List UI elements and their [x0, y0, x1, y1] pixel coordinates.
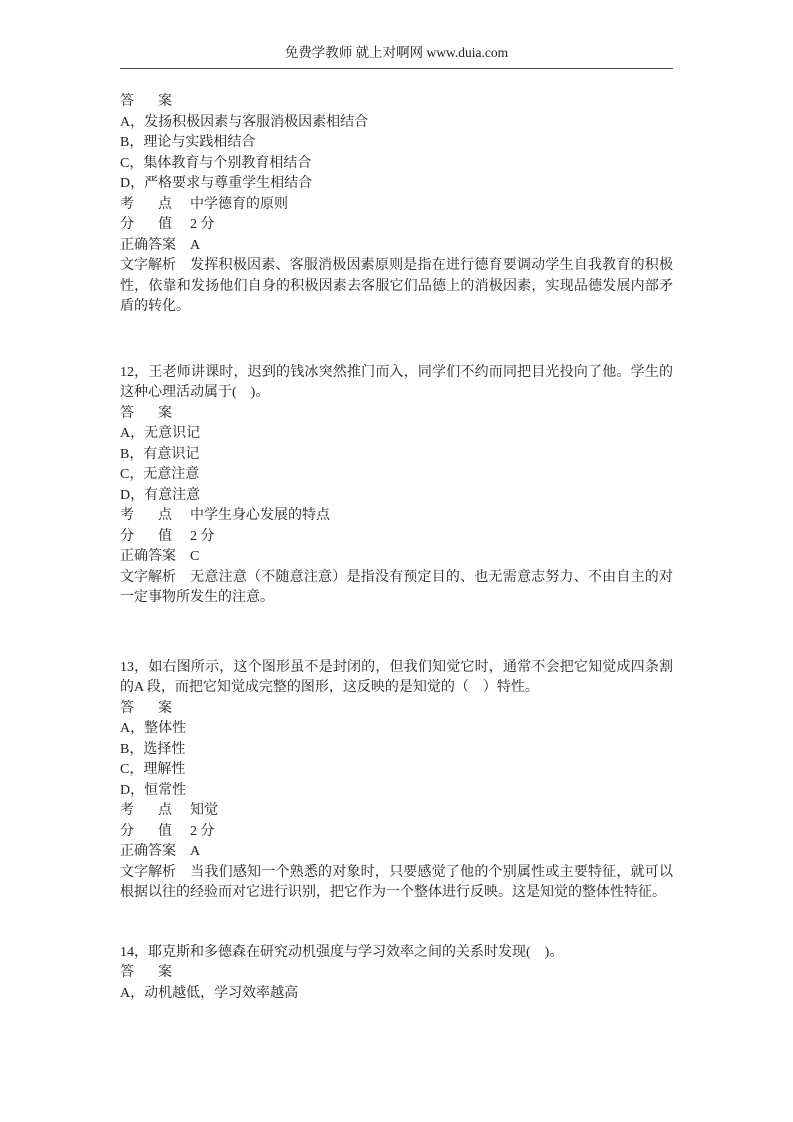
- answer-label-char: 案: [158, 406, 172, 421]
- analysis-label: 文字解析: [120, 256, 190, 277]
- score-label: 分值: [120, 527, 190, 548]
- correct-answer-value: A: [190, 844, 200, 859]
- correct-answer-row: 正确答案C: [120, 547, 673, 568]
- score-label-char: 值: [158, 217, 172, 232]
- correct-answer-row: 正确答案A: [120, 236, 673, 257]
- analysis-text: 发挥积极因素、客服消极因素原则是指在进行德育要调动学生自我教育的积极性，依靠和发…: [120, 258, 673, 314]
- question-block: 答案 A，发扬积极因素与客服消极因素相结合 B，理论与实践相结合 C，集体教育与…: [120, 92, 673, 318]
- option: D，有意注意: [120, 486, 673, 507]
- answer-label-char: 答: [120, 699, 158, 720]
- answer-label: 答案: [120, 404, 190, 425]
- exam-point-row: 考点中学生身心发展的特点: [120, 506, 673, 527]
- analysis-label: 文字解析: [120, 568, 190, 589]
- option: A，无意识记: [120, 424, 673, 445]
- option: A，发扬积极因素与客服消极因素相结合: [120, 113, 673, 134]
- score-row: 分值2 分: [120, 215, 673, 236]
- score-value: 2 分: [190, 824, 215, 839]
- option: D，严格要求与尊重学生相结合: [120, 174, 673, 195]
- analysis-label: 文字解析: [120, 863, 190, 884]
- option: A，动机越低，学习效率越高: [120, 984, 673, 1005]
- score-value: 2 分: [190, 529, 215, 544]
- option: B，选择性: [120, 740, 673, 761]
- option: C，集体教育与个别教育相结合: [120, 154, 673, 175]
- answer-header: 答案: [120, 404, 673, 425]
- exam-point-row: 考点中学德育的原则: [120, 195, 673, 216]
- correct-answer-value: C: [190, 549, 199, 564]
- exam-point-label-char: 考: [120, 801, 158, 822]
- answer-label-char: 案: [158, 965, 172, 980]
- answer-header: 答案: [120, 92, 673, 113]
- analysis-text: 无意注意（不随意注意）是指没有预定目的、也无需意志努力、不由自主的对一定事物所发…: [120, 570, 673, 606]
- score-label: 分值: [120, 215, 190, 236]
- score-label-char: 分: [120, 215, 158, 236]
- option: A，整体性: [120, 719, 673, 740]
- answer-header: 答案: [120, 963, 673, 984]
- document-page: 免费学教师 就上对啊网 www.duia.com 答案 A，发扬积极因素与客服消…: [0, 0, 793, 1122]
- answer-label-char: 答: [120, 963, 158, 984]
- score-label-char: 值: [158, 824, 172, 839]
- exam-point-value: 中学生身心发展的特点: [190, 508, 330, 523]
- score-row: 分值2 分: [120, 527, 673, 548]
- question-block: 12，王老师讲课时，迟到的钱冰突然推门而入，同学们不约而同把目光投向了他。学生的…: [120, 363, 673, 609]
- exam-point-label-char: 点: [158, 508, 172, 523]
- exam-point-label: 考点: [120, 506, 190, 527]
- correct-answer-label: 正确答案: [120, 547, 190, 568]
- analysis-row: 文字解析发挥积极因素、客服消极因素原则是指在进行德育要调动学生自我教育的积极性，…: [120, 256, 673, 318]
- answer-label-char: 案: [158, 94, 172, 109]
- option: C，理解性: [120, 760, 673, 781]
- exam-point-label-char: 考: [120, 506, 158, 527]
- exam-point-label: 考点: [120, 195, 190, 216]
- answer-header: 答案: [120, 699, 673, 720]
- analysis-row: 文字解析当我们感知一个熟悉的对象时，只要感觉了他的个别属性或主要特征，就可以根据…: [120, 863, 673, 904]
- exam-point-value: 中学德育的原则: [190, 197, 288, 212]
- correct-answer-label: 正确答案: [120, 842, 190, 863]
- answer-label-char: 答: [120, 404, 158, 425]
- answer-label-char: 答: [120, 92, 158, 113]
- answer-label: 答案: [120, 699, 190, 720]
- score-label-char: 分: [120, 527, 158, 548]
- question-block: 13，如右图所示，这个图形虽不是封闭的，但我们知觉它时，通常不会把它知觉成四条割…: [120, 658, 673, 904]
- answer-label: 答案: [120, 92, 190, 113]
- answer-label: 答案: [120, 963, 190, 984]
- score-label-char: 值: [158, 529, 172, 544]
- question-text: 13，如右图所示，这个图形虽不是封闭的，但我们知觉它时，通常不会把它知觉成四条割…: [120, 658, 673, 699]
- correct-answer-value: A: [190, 238, 200, 253]
- score-label-char: 分: [120, 822, 158, 843]
- page-header: 免费学教师 就上对啊网 www.duia.com: [0, 0, 793, 61]
- score-label: 分值: [120, 822, 190, 843]
- exam-point-label-char: 点: [158, 803, 172, 818]
- analysis-row: 文字解析无意注意（不随意注意）是指没有预定目的、也无需意志努力、不由自主的对一定…: [120, 568, 673, 609]
- question-text: 14，耶克斯和多德森在研究动机强度与学习效率之间的关系时发现( )。: [120, 943, 673, 964]
- correct-answer-row: 正确答案A: [120, 842, 673, 863]
- header-rule: [120, 68, 673, 69]
- question-text: 12，王老师讲课时，迟到的钱冰突然推门而入，同学们不约而同把目光投向了他。学生的…: [120, 363, 673, 404]
- answer-label-char: 案: [158, 701, 172, 716]
- exam-point-label-char: 考: [120, 195, 158, 216]
- option: C，无意注意: [120, 465, 673, 486]
- option: D，恒常性: [120, 781, 673, 802]
- header-slogan: 免费学教师 就上对啊网 www.duia.com: [285, 45, 508, 60]
- analysis-text: 当我们感知一个熟悉的对象时，只要感觉了他的个别属性或主要特征，就可以根据以往的经…: [120, 865, 673, 901]
- correct-answer-label: 正确答案: [120, 236, 190, 257]
- exam-point-value: 知觉: [190, 803, 218, 818]
- score-value: 2 分: [190, 217, 215, 232]
- exam-point-label-char: 点: [158, 197, 172, 212]
- page-content: 答案 A，发扬积极因素与客服消极因素相结合 B，理论与实践相结合 C，集体教育与…: [120, 92, 673, 1004]
- exam-point-label: 考点: [120, 801, 190, 822]
- score-row: 分值2 分: [120, 822, 673, 843]
- option: B，有意识记: [120, 445, 673, 466]
- exam-point-row: 考点知觉: [120, 801, 673, 822]
- question-block: 14，耶克斯和多德森在研究动机强度与学习效率之间的关系时发现( )。 答案 A，…: [120, 943, 673, 1005]
- option: B，理论与实践相结合: [120, 133, 673, 154]
